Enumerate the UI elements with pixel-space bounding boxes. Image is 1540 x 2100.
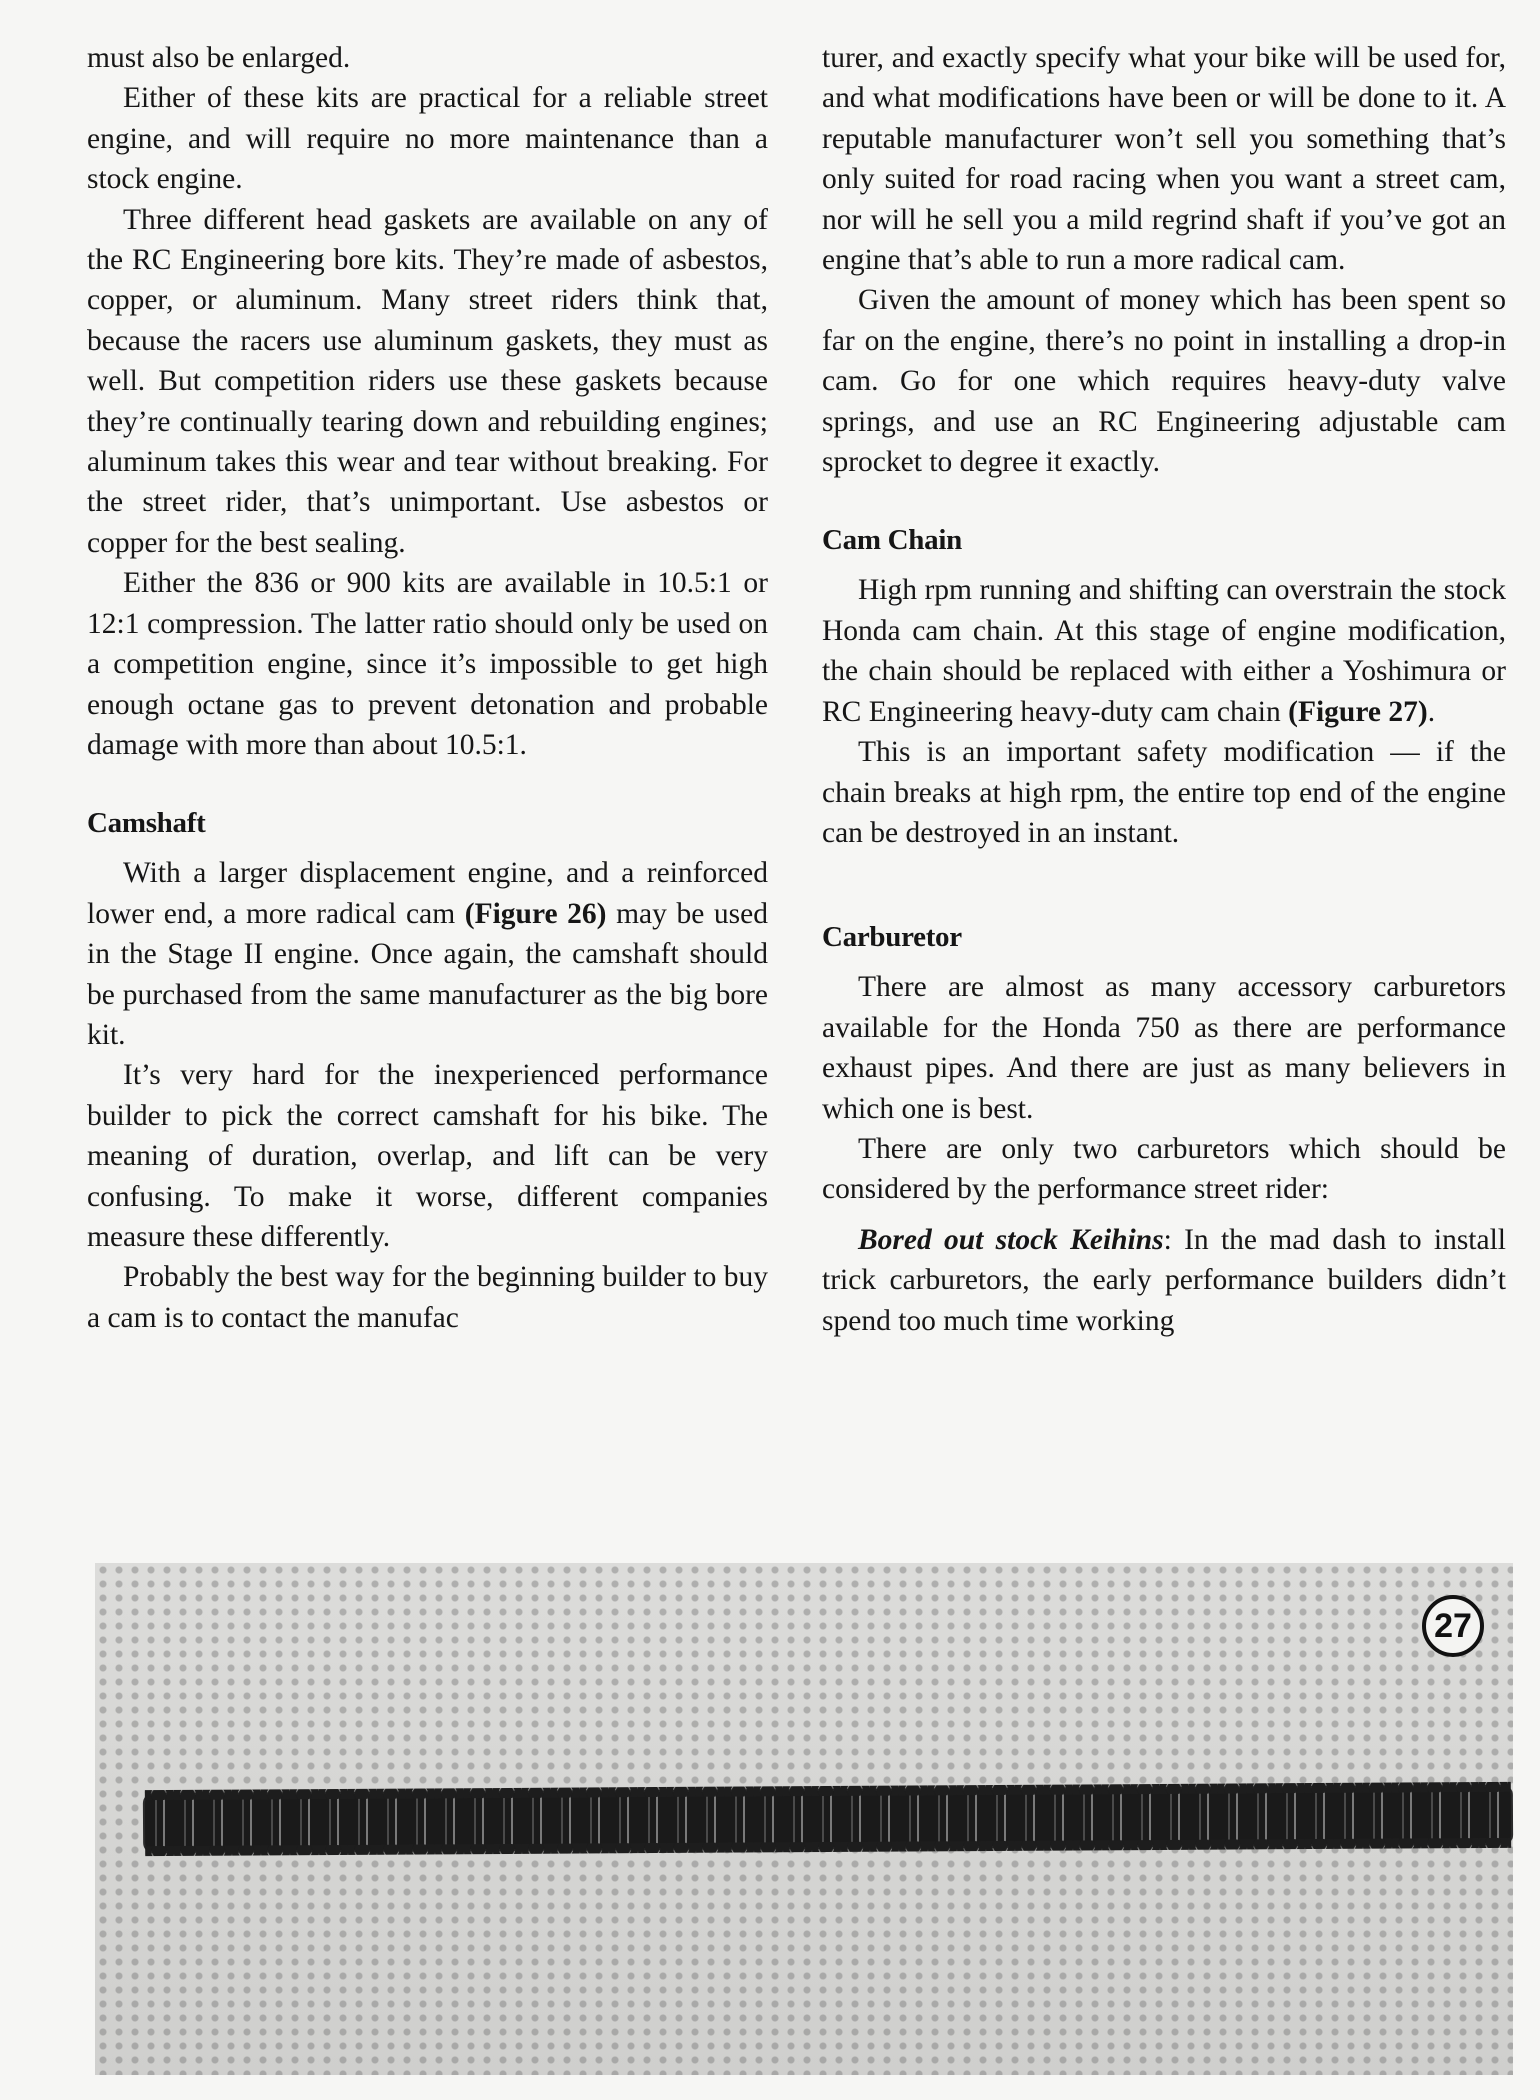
paragraph: must also be enlarged. xyxy=(87,38,768,78)
paragraph: Three different head gaskets are availab… xyxy=(87,200,768,564)
cam-chain-image xyxy=(145,1787,1511,1851)
paragraph: Either of these kits are practical for a… xyxy=(87,78,768,199)
paragraph: Given the amount of money which has been… xyxy=(822,280,1506,482)
paragraph: There are only two carburetors which sho… xyxy=(822,1129,1506,1210)
section-heading-camshaft: Camshaft xyxy=(87,803,768,843)
right-column: turer, and exactly specify what your bik… xyxy=(822,38,1506,1341)
paragraph: High rpm running and shifting can overst… xyxy=(822,570,1506,732)
figure-reference: (Figure 26) xyxy=(465,898,607,930)
paragraph: This is an important safety modification… xyxy=(822,732,1506,853)
figure-reference: (Figure 27) xyxy=(1288,696,1428,728)
paragraph: Either the 836 or 900 kits are available… xyxy=(87,563,768,765)
paragraph: Bored out stock Keihins: In the mad dash… xyxy=(822,1220,1506,1341)
run-in-heading: Bored out stock Keihins xyxy=(858,1224,1164,1256)
section-heading-cam-chain: Cam Chain xyxy=(822,520,1506,560)
paragraph: Probably the best way for the beginning … xyxy=(87,1257,768,1338)
paragraph: It’s very hard for the inexperienced per… xyxy=(87,1055,768,1257)
paragraph: There are almost as many accessory car­b… xyxy=(822,967,1506,1129)
paragraph: With a larger displacement engine, and a… xyxy=(87,853,768,1055)
figure-photo-cam-chain xyxy=(95,1563,1513,2075)
section-heading-carburetor: Carburetor xyxy=(822,917,1506,957)
paragraph: turer, and exactly specify what your bik… xyxy=(822,38,1506,280)
figure-number-badge: 27 xyxy=(1422,1595,1484,1657)
left-column: must also be enlarged. Either of these k… xyxy=(87,38,768,1338)
